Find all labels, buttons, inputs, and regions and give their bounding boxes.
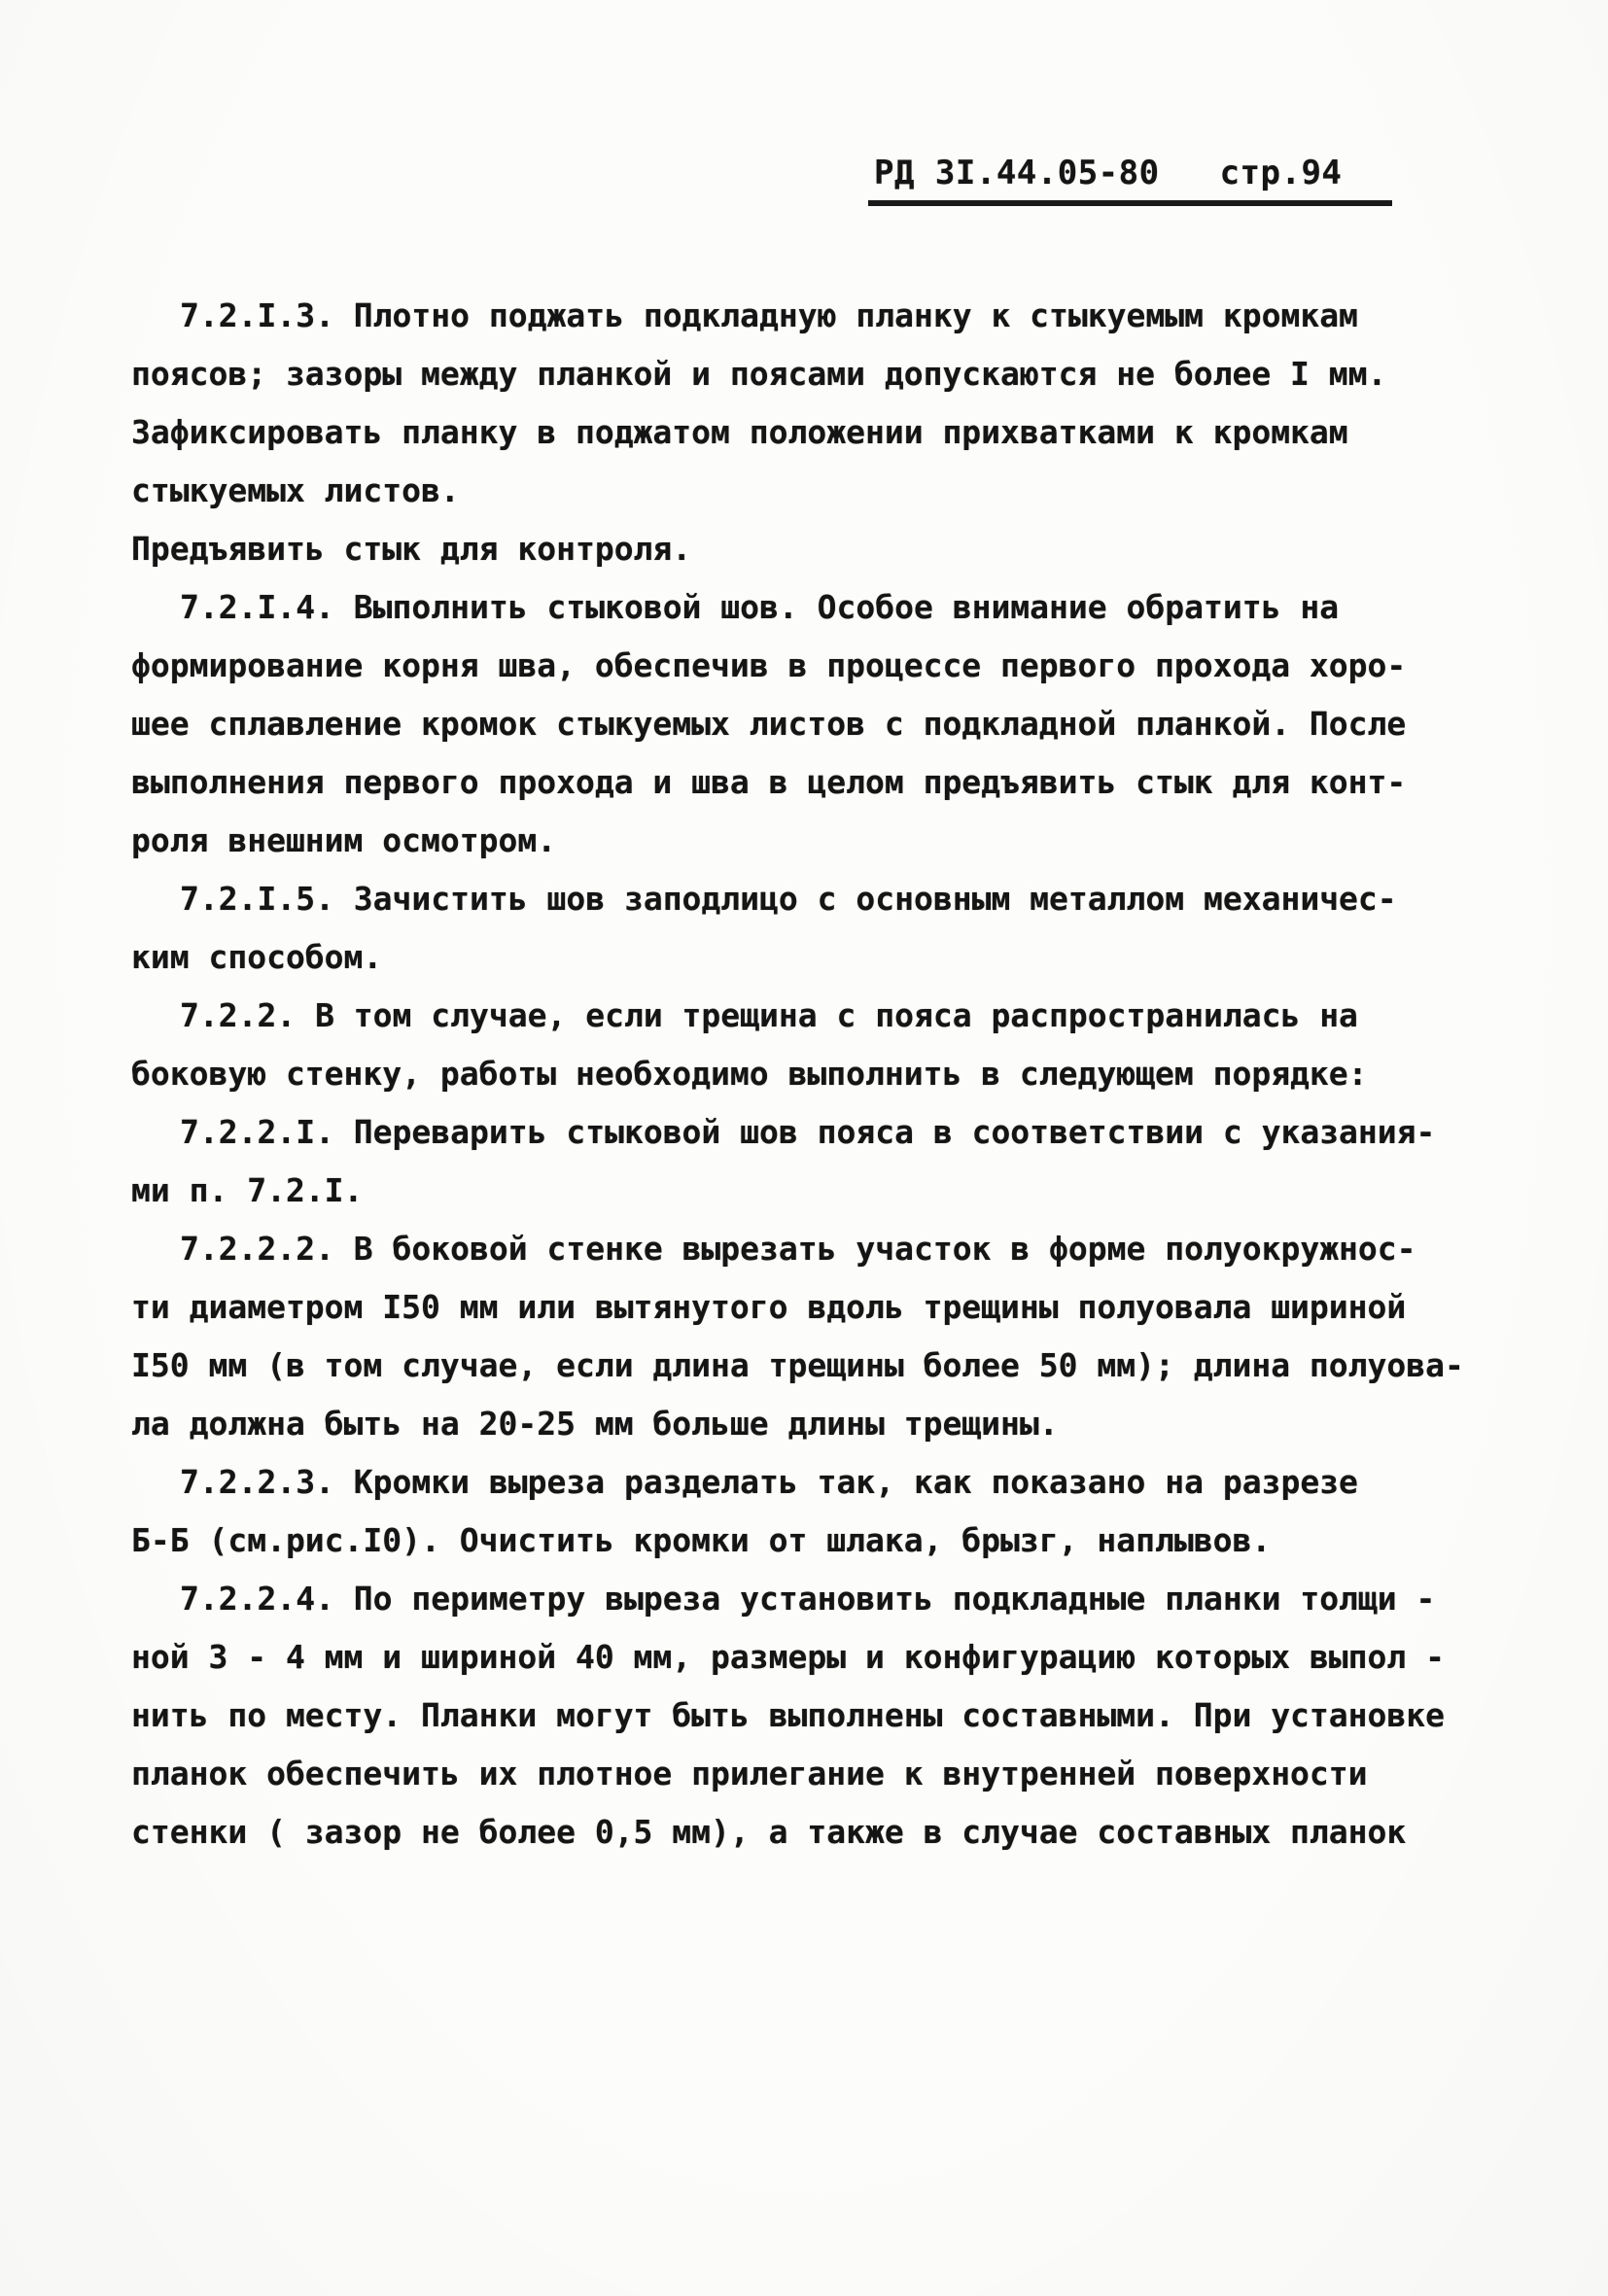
text-line: выполнения первого прохода и шва в целом… [131,753,1512,812]
text-line: Зафиксировать планку в поджатом положени… [131,403,1512,462]
text-line: ти диаметром I50 мм или вытянутого вдоль… [131,1278,1512,1337]
text-line: 7.2.2.3. Кромки выреза разделать так, ка… [131,1453,1512,1512]
doc-number: РД 3I.44.05-80 [874,154,1160,192]
text-line: Предъявить стык для контроля. [131,520,1512,578]
text-line: ми п. 7.2.I. [131,1162,1512,1220]
text-line: шее сплавление кромок стыкуемых листов с… [131,695,1512,753]
text-line: формирование корня шва, обеспечив в проц… [131,637,1512,695]
text-line: стенки ( зазор не более 0,5 мм), а также… [131,1803,1512,1861]
text-line: боковую стенку, работы необходимо выполн… [131,1045,1512,1103]
text-line: планок обеспечить их плотное прилегание … [131,1745,1512,1803]
text-line: поясов; зазоры между планкой и поясами д… [131,345,1512,403]
text-line: ла должна быть на 20-25 мм больше длины … [131,1395,1512,1453]
text-line: нить по месту. Планки могут быть выполне… [131,1687,1512,1745]
text-line: 7.2.2.I. Переварить стыковой шов пояса в… [131,1103,1512,1162]
text-line: 7.2.2.2. В боковой стенке вырезать участ… [131,1220,1512,1278]
text-line: стыкуемых листов. [131,462,1512,520]
text-line: 7.2.I.4. Выполнить стыковой шов. Особое … [131,578,1512,637]
document-page: РД 3I.44.05-80стр.94 7.2.I.3. Плотно под… [0,0,1608,2296]
text-line: роля внешним осмотром. [131,812,1512,870]
page-number: стр.94 [1220,154,1343,192]
text-line: Б-Б (см.рис.I0). Очистить кромки от шлак… [131,1512,1512,1570]
text-line: 7.2.I.5. Зачистить шов заподлицо с основ… [131,870,1512,928]
text-line: 7.2.2.4. По периметру выреза установить … [131,1570,1512,1628]
text-line: 7.2.I.3. Плотно поджать подкладную планк… [131,287,1512,345]
page-header: РД 3I.44.05-80стр.94 [868,154,1392,206]
text-line: ной 3 - 4 мм и шириной 40 мм, размеры и … [131,1628,1512,1687]
document-body: 7.2.I.3. Плотно поджать подкладную планк… [131,287,1512,1861]
text-line: I50 мм (в том случае, если длина трещины… [131,1337,1512,1395]
text-line: 7.2.2. В том случае, если трещина с пояс… [131,987,1512,1045]
text-line: ким способом. [131,928,1512,987]
